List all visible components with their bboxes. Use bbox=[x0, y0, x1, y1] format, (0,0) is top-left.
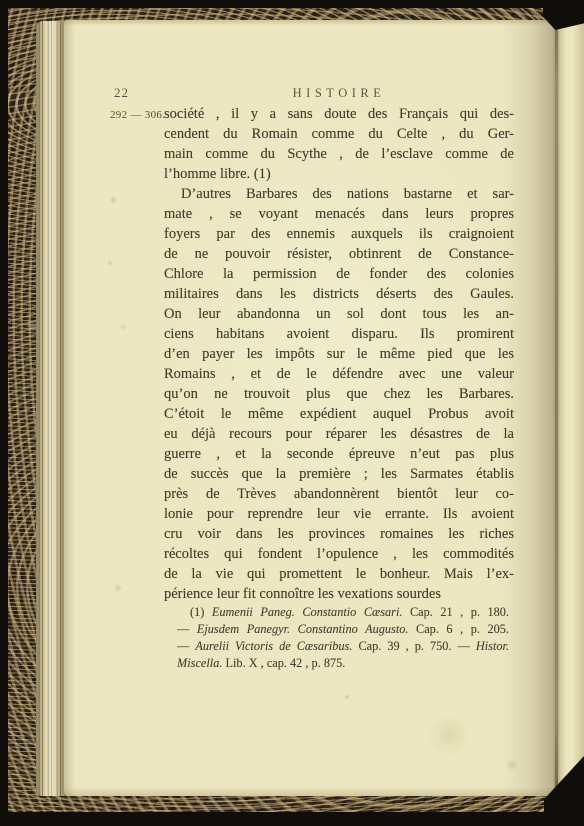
text-line: foyers par des ennemis auxquels ils crai… bbox=[164, 224, 514, 244]
text-line: périence leur fit connoître les vexation… bbox=[164, 584, 514, 604]
text-line: ciens habitans avoient disparu. Ils prom… bbox=[164, 324, 514, 344]
page-number: 22 bbox=[114, 85, 129, 101]
text-line: cru voir dans les provinces romaines les… bbox=[164, 524, 514, 544]
page-fore-edge-stack bbox=[36, 21, 65, 796]
text-line: d’en payer les impôts sur le même pied q… bbox=[164, 344, 514, 364]
text-line: On leur abandonna un sol dont tous les a… bbox=[164, 304, 514, 324]
footnote-line: Miscella. Lib. X , cap. 42 , p. 875. bbox=[177, 655, 509, 672]
text-line: qu’on ne trouvoit plus que chez les Barb… bbox=[164, 384, 514, 404]
body-text: société , il y a sans doute des Français… bbox=[164, 104, 514, 604]
text-line: guerre , et la seconde épreuve n’eut pas… bbox=[164, 444, 514, 464]
text-line: militaires dans les districts déserts de… bbox=[164, 284, 514, 304]
footnote-line: — Aurelii Victoris de Cæsaribus. Cap. 39… bbox=[177, 638, 509, 655]
text-line: Romains , et de le défendre avec une val… bbox=[164, 364, 514, 384]
text-line: lonie pour reprendre leur vie errante. I… bbox=[164, 504, 514, 524]
facing-page-edge bbox=[558, 22, 584, 798]
text-line: récoltes qui fondent l’opulence , les co… bbox=[164, 544, 514, 564]
footnote: (1) Eumenii Paneg. Constantio Cæsari. Ca… bbox=[177, 604, 509, 672]
text-line: société , il y a sans doute des Français… bbox=[164, 104, 514, 124]
text-line: D’autres Barbares des nations bastarne e… bbox=[164, 184, 514, 204]
text-line: l’homme libre. (1) bbox=[164, 164, 514, 184]
photo-bottom-edge bbox=[0, 812, 584, 826]
footnote-line: (1) Eumenii Paneg. Constantio Cæsari. Ca… bbox=[177, 604, 509, 621]
footnote-line: — Ejusdem Panegyr. Constantino Augusto. … bbox=[177, 621, 509, 638]
text-line: cendent du Romain comme du Celte , du Ge… bbox=[164, 124, 514, 144]
text-line: de la vie qui promettent le bonheur. Mai… bbox=[164, 564, 514, 584]
book-page: 22 HISTOIRE 292 — 306. société , il y a … bbox=[64, 20, 556, 796]
text-line: eu déjà recours pour réparer les désastr… bbox=[164, 424, 514, 444]
text-line: Chlore la permission de fonder des colon… bbox=[164, 264, 514, 284]
margin-note-years: 292 — 306. bbox=[110, 109, 165, 121]
text-line: mate , se voyant menacés dans leurs prop… bbox=[164, 204, 514, 224]
text-line: C’étoit le même expédient auquel Probus … bbox=[164, 404, 514, 424]
text-line: de ne pouvoir résister, obtinrent de Con… bbox=[164, 244, 514, 264]
book-scan-photo: 22 HISTOIRE 292 — 306. société , il y a … bbox=[0, 0, 584, 826]
text-line: main comme du Scythe , de l’esclave comm… bbox=[164, 144, 514, 164]
text-line: de succès que la première ; les Sarmates… bbox=[164, 464, 514, 484]
text-line: près de Trèves abandonnèrent bientôt leu… bbox=[164, 484, 514, 504]
running-title: HISTOIRE bbox=[164, 86, 514, 101]
